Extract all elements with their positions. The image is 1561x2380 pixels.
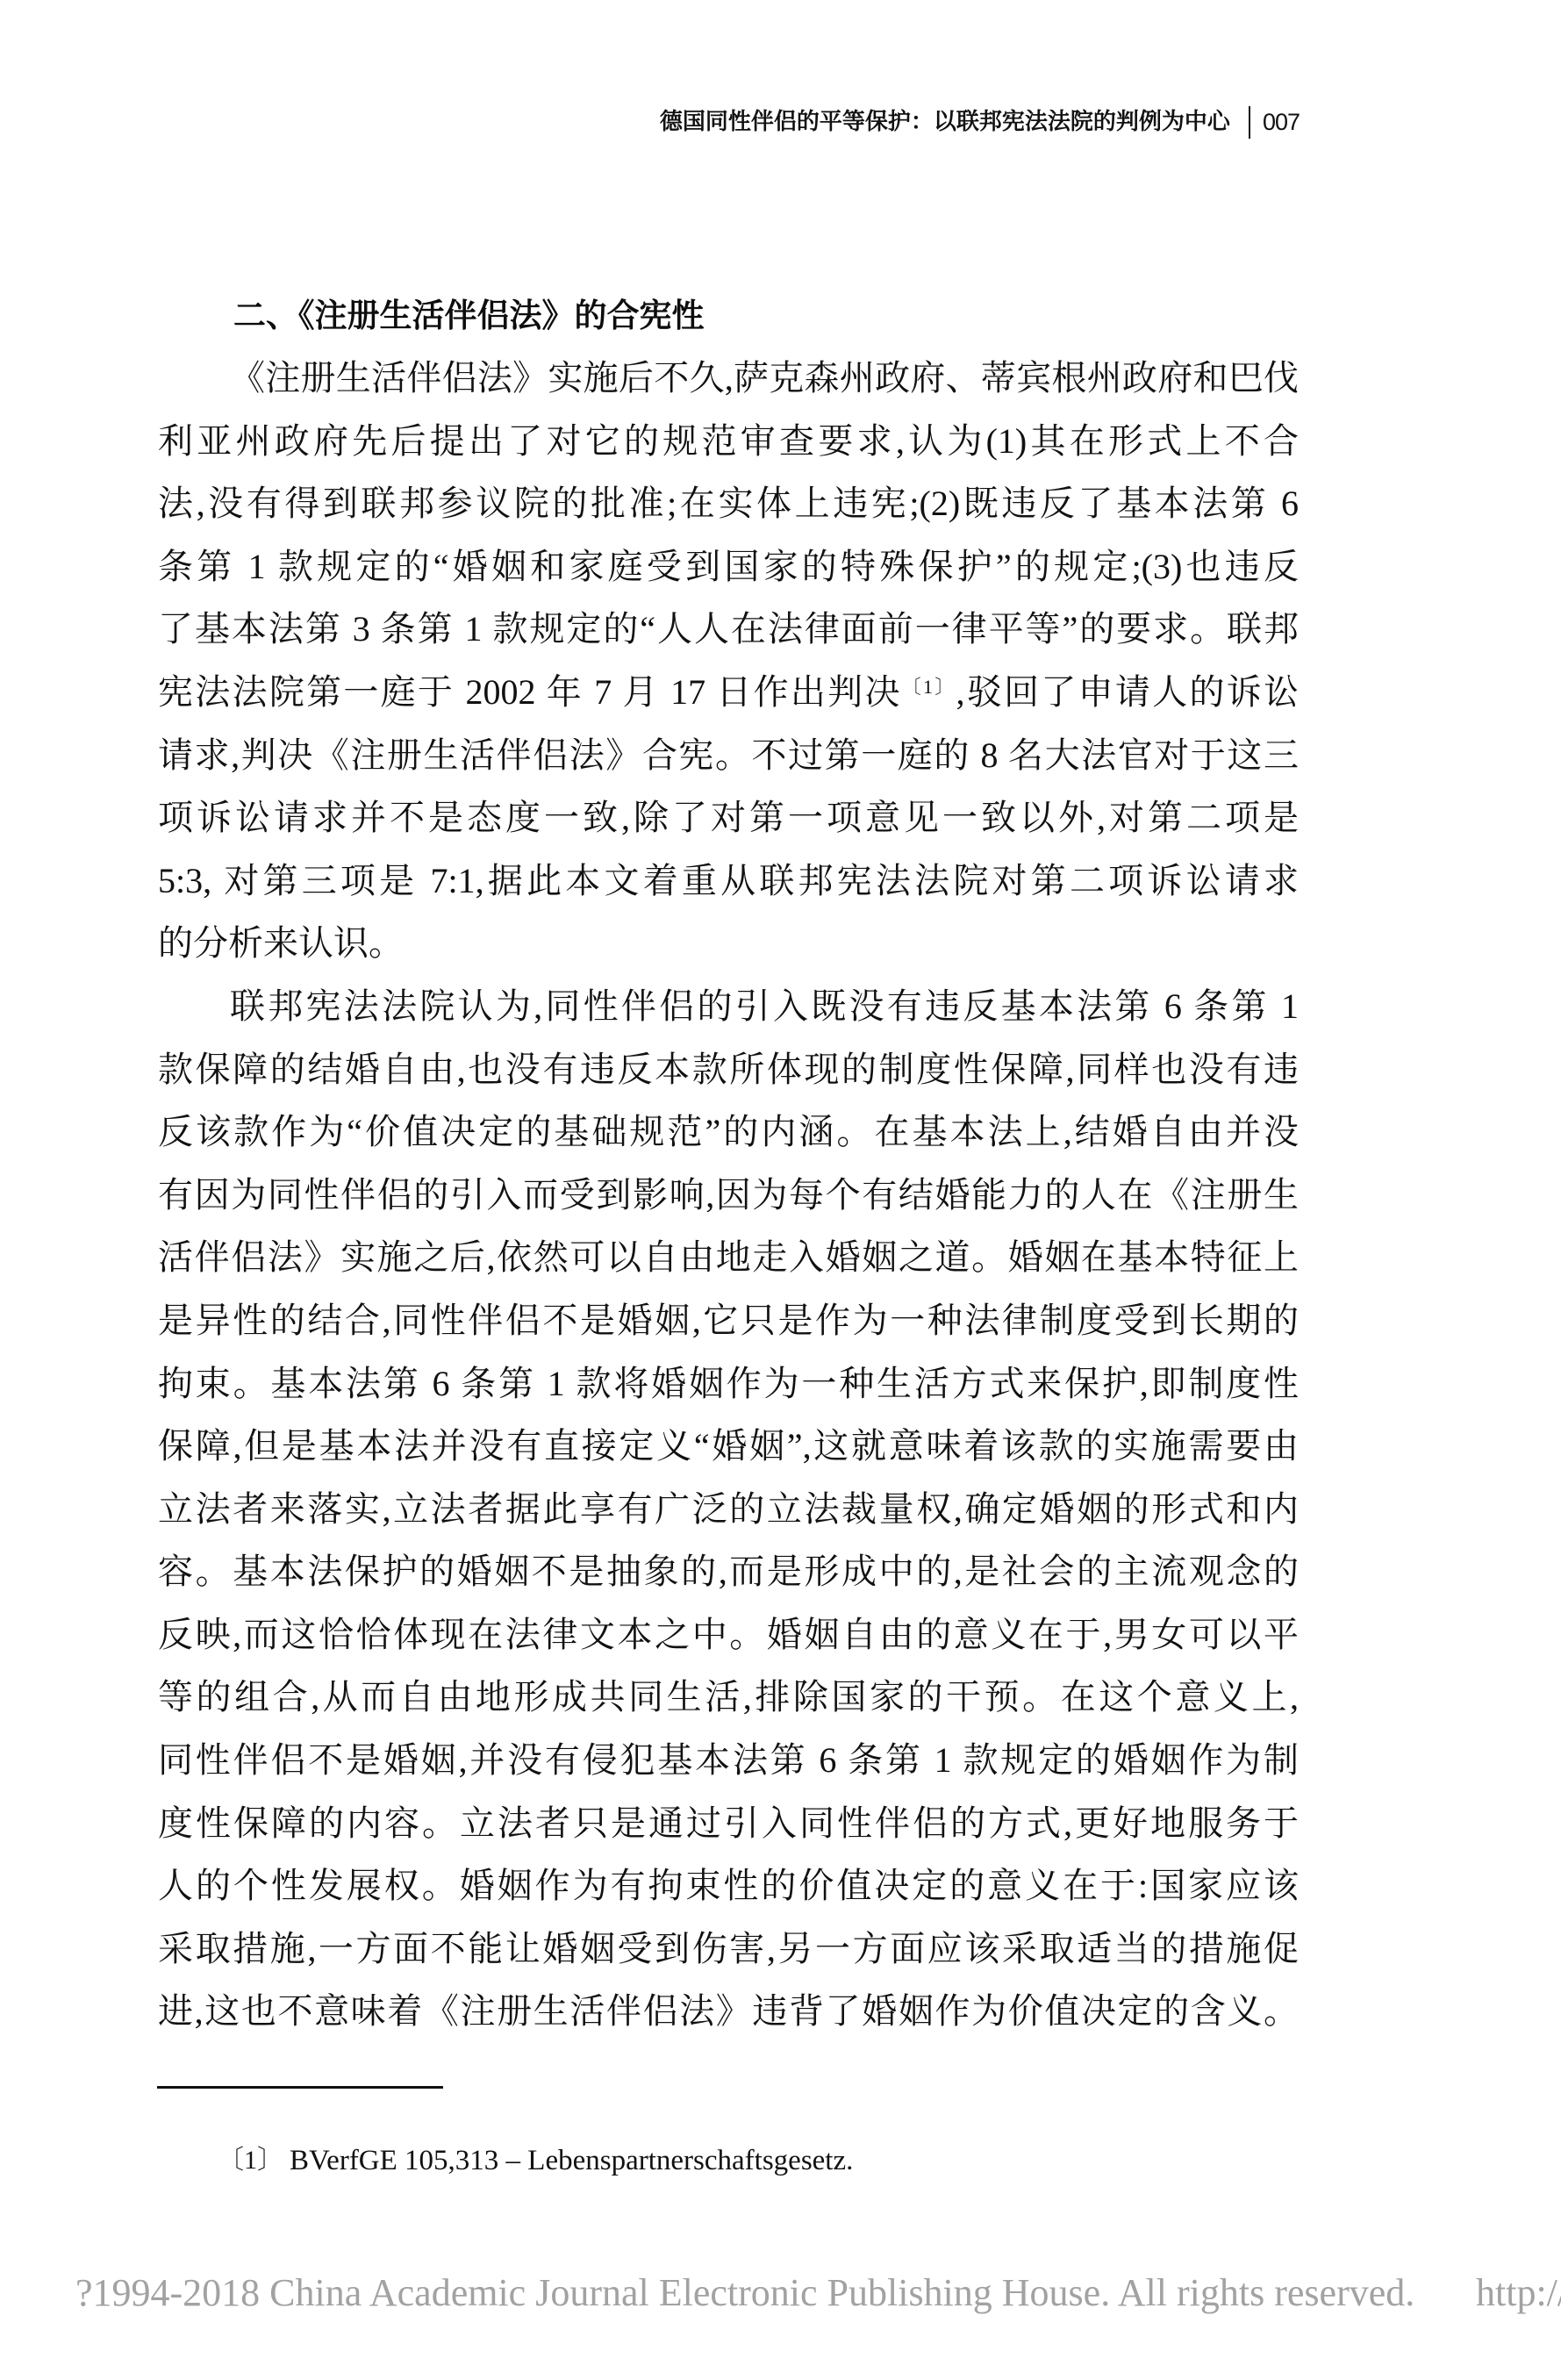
running-title: 德国同性伴侣的平等保护：以联邦宪法法院的判例为中心 <box>660 104 1230 140</box>
text-line: 联邦宪法法院认为,同性伴侣的引入既没有违反基本法第 6 条第 1 <box>158 975 1299 1038</box>
text-line: 容。基本法保护的婚姻不是抽象的,而是形成中的,是社会的主流观念的 <box>158 1540 1299 1603</box>
text-segment: ,驳回了申请人的诉讼 <box>956 672 1299 712</box>
text-line: 立法者来落实,立法者据此享有广泛的立法裁量权,确定婚姻的形式和内 <box>158 1478 1299 1541</box>
text-line: 度性保障的内容。立法者只是通过引入同性伴侣的方式,更好地服务于 <box>158 1792 1299 1855</box>
header-divider <box>1249 106 1250 139</box>
copyright-watermark: ?1994-2018 China Academic Journal Electr… <box>75 2269 1414 2317</box>
text-line: 《注册生活伴侣法》实施后不久,萨克森州政府、蒂宾根州政府和巴伐 <box>158 347 1299 410</box>
text-line: 反该款作为“价值决定的基础规范”的内涵。在基本法上,结婚自由并没 <box>158 1100 1299 1164</box>
text-segment: 宪法法院第一庭于 2002 年 7 月 17 日作出判决 <box>158 672 902 712</box>
text-line: 同性伴侣不是婚姻,并没有侵犯基本法第 6 条第 1 款规定的婚姻作为制 <box>158 1729 1299 1792</box>
text-line: 条第 1 款规定的“婚姻和家庭受到国家的特殊保护”的规定;(3)也违反 <box>158 535 1299 599</box>
text-line: 进,这也不意味着《注册生活伴侣法》违背了婚姻作为价值决定的含义。 <box>158 1980 1299 2043</box>
text-line: 保障,但是基本法并没有直接定义“婚姻”,这就意味着该款的实施需要由 <box>158 1415 1299 1478</box>
footnote: 〔1〕 BVerfGE 105,313 – Lebenspartnerschaf… <box>218 2141 853 2180</box>
section-heading: 二、《注册生活伴侣法》的合宪性 <box>233 294 705 338</box>
text-line-with-footnote-ref: 宪法法院第一庭于 2002 年 7 月 17 日作出判决〔1〕,驳回了申请人的诉… <box>158 661 1299 724</box>
text-line: 有因为同性伴侣的引入而受到影响,因为每个有结婚能力的人在《注册生 <box>158 1164 1299 1227</box>
running-header: 德国同性伴侣的平等保护：以联邦宪法法院的判例为中心 007 <box>660 104 1300 140</box>
text-line: 活伴侣法》实施之后,依然可以自由地走入婚姻之道。婚姻在基本特征上 <box>158 1226 1299 1289</box>
text-line: 项诉讼请求并不是态度一致,除了对第一项意见一致以外,对第二项是 <box>158 786 1299 849</box>
text-line: 的分析来认识。 <box>158 912 1299 975</box>
text-line: 是异性的结合,同性伴侣不是婚姻,它只是作为一种法律制度受到长期的 <box>158 1289 1299 1352</box>
footnote-marker: 〔1〕 <box>218 2141 290 2180</box>
text-line: 5:3, 对第三项是 7:1,据此本文着重从联邦宪法法院对第二项诉讼请求 <box>158 849 1299 913</box>
text-line: 等的组合,从而自由地形成共同生活,排除国家的干预。在这个意义上, <box>158 1666 1299 1729</box>
footnote-divider <box>157 2086 443 2089</box>
text-line: 利亚州政府先后提出了对它的规范审查要求,认为(1)其在形式上不合 <box>158 410 1299 473</box>
paragraph-2: 联邦宪法法院认为,同性伴侣的引入既没有违反基本法第 6 条第 1 款保障的结婚自… <box>158 975 1299 2043</box>
text-line: 人的个性发展权。婚姻作为有拘束性的价值决定的意义在于:国家应该 <box>158 1854 1299 1918</box>
page-number: 007 <box>1263 104 1300 140</box>
text-line: 法,没有得到联邦参议院的批准;在实体上违宪;(2)既违反了基本法第 6 <box>158 472 1299 535</box>
footnote-ref: 〔1〕 <box>902 676 956 698</box>
text-line: 拘束。基本法第 6 条第 1 款将婚姻作为一种生活方式来保护,即制度性 <box>158 1352 1299 1416</box>
url-watermark: http:// <box>1476 2269 1561 2317</box>
paragraph-1: 《注册生活伴侣法》实施后不久,萨克森州政府、蒂宾根州政府和巴伐 利亚州政府先后提… <box>158 347 1299 975</box>
body-text: 《注册生活伴侣法》实施后不久,萨克森州政府、蒂宾根州政府和巴伐 利亚州政府先后提… <box>158 347 1299 2043</box>
text-line: 反映,而这恰恰体现在法律文本之中。婚姻自由的意义在于,男女可以平 <box>158 1603 1299 1667</box>
text-line: 采取措施,一方面不能让婚姻受到伤害,另一方面应该采取适当的措施促 <box>158 1918 1299 1981</box>
footnote-text: BVerfGE 105,313 – Lebenspartnerschaftsge… <box>290 2141 853 2180</box>
text-line: 款保障的结婚自由,也没有违反本款所体现的制度性保障,同样也没有违 <box>158 1038 1299 1101</box>
text-line: 了基本法第 3 条第 1 款规定的“人人在法律面前一律平等”的要求。联邦 <box>158 598 1299 661</box>
text-line: 请求,判决《注册生活伴侣法》合宪。不过第一庭的 8 名大法官对于这三 <box>158 724 1299 787</box>
